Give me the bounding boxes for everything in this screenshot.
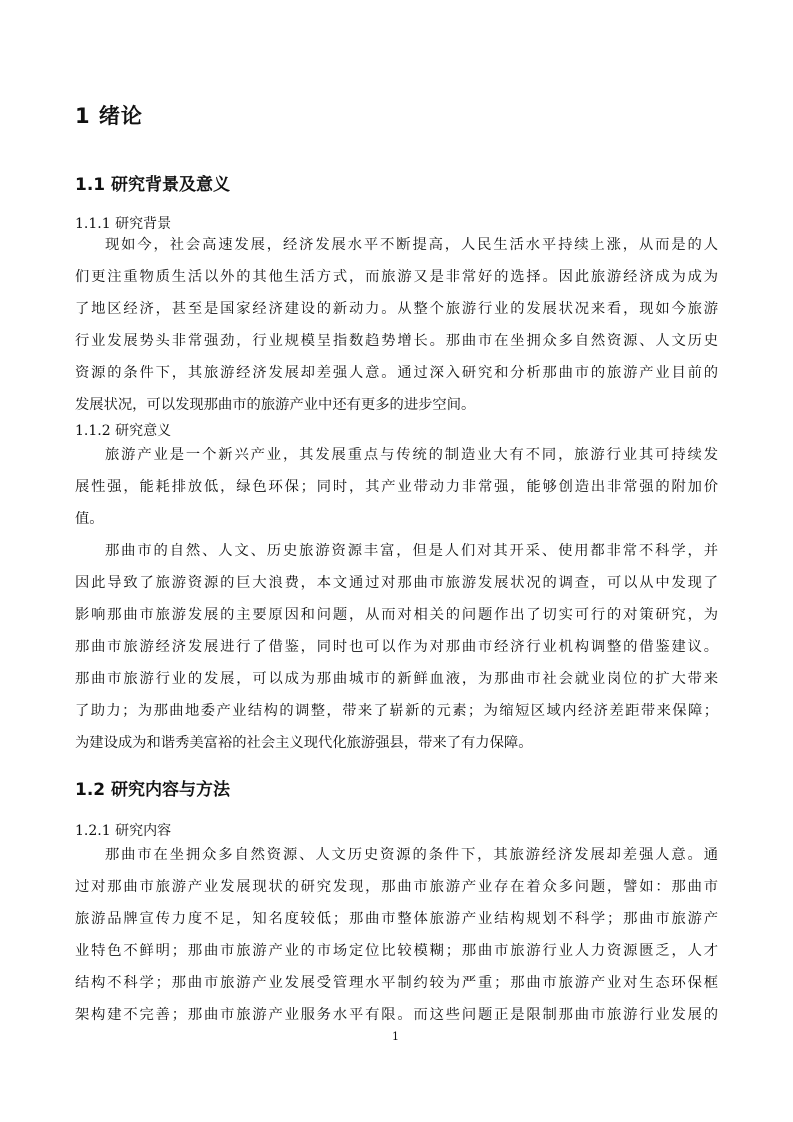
- text-line: 因此导致了旅游资源的巨大浪费，本文通过对那曲市旅游发展状况的调查，可以从中发现了: [75, 567, 718, 599]
- subsection-heading-1-2-1: 1.2.1 研究内容: [75, 820, 171, 840]
- subsection-heading-1-1-2: 1.1.2 研究意义: [75, 420, 171, 440]
- text-line: 那曲市旅游经济发展进行了借鉴，同时也可以作为对那曲市经济行业机构调整的借鉴建议。: [75, 631, 718, 663]
- section-heading-1-1: 1.1 研究背景及意义: [75, 170, 230, 195]
- paragraph-research-background: 现如今，社会高速发展，经济发展水平不断提高，人民生活水平持续上涨，从而是的人 们…: [75, 229, 718, 421]
- text-line: 行业发展势头非常强劲，行业规模呈指数趋势增长。那曲市在坐拥众多自然资源、人文历史: [75, 325, 718, 357]
- text-line: 架构建不完善；那曲市旅游产业服务水平有限。而这些问题正是限制那曲市旅游行业发展的: [75, 999, 718, 1031]
- chapter-title: 1 绪论: [75, 100, 143, 130]
- paragraph-research-significance-2: 那曲市的自然、人文、历史旅游资源丰富，但是人们对其开采、使用都非常不科学，并 因…: [75, 535, 718, 759]
- text-line: 发展状况，可以发现那曲市的旅游产业中还有更多的进步空间。: [75, 389, 718, 421]
- text-line: 结构不科学；那曲市旅游产业发展受管理水平制约较为严重；那曲市旅游产业对生态环保框: [75, 967, 718, 999]
- text-line: 旅游品牌宣传力度不足，知名度较低；那曲市整体旅游产业结构规划不科学；那曲市旅游产: [75, 903, 718, 935]
- text-line: 资源的条件下，其旅游经济发展却差强人意。通过深入研究和分析那曲市的旅游产业目前的: [75, 357, 718, 389]
- text-line: 那曲市在坐拥众多自然资源、人文历史资源的条件下，其旅游经济发展却差强人意。通: [75, 839, 718, 871]
- text-line: 值。: [75, 503, 718, 535]
- page-number: 1: [392, 1030, 399, 1043]
- paragraph-research-significance-1: 旅游产业是一个新兴产业，其发展重点与传统的制造业大有不同，旅游行业其可持续发 展…: [75, 439, 718, 535]
- text-line: 了助力；为那曲地委产业结构的调整，带来了崭新的元素；为缩短区域内经济差距带来保障…: [75, 695, 718, 727]
- text-line: 们更注重物质生活以外的其他生活方式，而旅游又是非常好的选择。因此旅游经济成为成为: [75, 261, 718, 293]
- text-line: 现如今，社会高速发展，经济发展水平不断提高，人民生活水平持续上涨，从而是的人: [75, 229, 718, 261]
- text-line: 了地区经济，甚至是国家经济建设的新动力。从整个旅游行业的发展状况来看，现如今旅游: [75, 293, 718, 325]
- text-line: 为建设成为和谐秀美富裕的社会主义现代化旅游强县，带来了有力保障。: [75, 727, 718, 759]
- text-line: 过对那曲市旅游产业发展现状的研究发现，那曲市旅游产业存在着众多问题，譬如：那曲市: [75, 871, 718, 903]
- document-page: 1 绪论 1.1 研究背景及意义 1.1.1 研究背景 现如今，社会高速发展，经…: [0, 0, 793, 1122]
- paragraph-research-content: 那曲市在坐拥众多自然资源、人文历史资源的条件下，其旅游经济发展却差强人意。通 过…: [75, 839, 718, 1031]
- text-line: 业特色不鲜明；那曲市旅游产业的市场定位比较模糊；那曲市旅游行业人力资源匮乏，人才: [75, 935, 718, 967]
- text-line: 展性强，能耗排放低，绿色环保；同时，其产业带动力非常强，能够创造出非常强的附加价: [75, 471, 718, 503]
- text-line: 那曲市的自然、人文、历史旅游资源丰富，但是人们对其开采、使用都非常不科学，并: [75, 535, 718, 567]
- section-heading-1-2: 1.2 研究内容与方法: [75, 775, 230, 800]
- text-line: 旅游产业是一个新兴产业，其发展重点与传统的制造业大有不同，旅游行业其可持续发: [75, 439, 718, 471]
- text-line: 影响那曲市旅游发展的主要原因和问题，从而对相关的问题作出了切实可行的对策研究，为: [75, 599, 718, 631]
- text-line: 那曲市旅游行业的发展，可以成为那曲城市的新鲜血液，为那曲市社会就业岗位的扩大带来: [75, 663, 718, 695]
